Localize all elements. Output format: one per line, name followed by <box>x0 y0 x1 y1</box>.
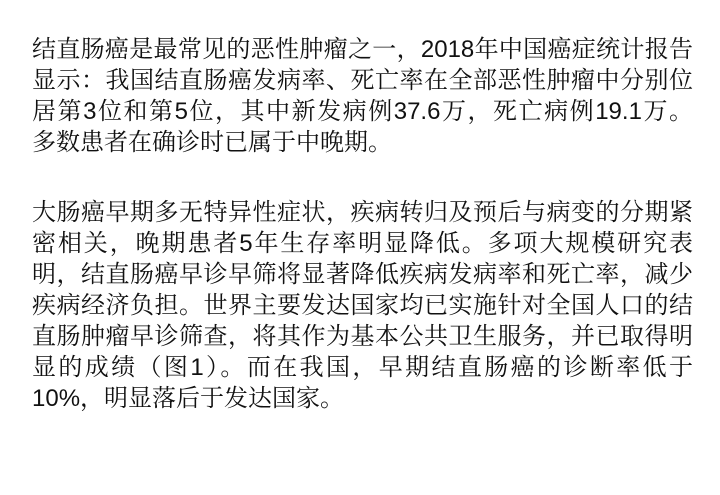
text-line: 10%，明显落后于发达国家。 <box>32 383 693 414</box>
text-line: 大肠癌早期多无特异性症状，疾病转归及预后与病变的分期紧 <box>32 197 693 228</box>
text-line: 居第3位和第5位，其中新发病例37.6万，死亡病例19.1万。 <box>32 96 693 127</box>
text-line: 密相关，晚期患者5年生存率明显降低。多项大规模研究表 <box>32 228 693 259</box>
article-page: 结直肠癌是最常见的恶性肿瘤之一，2018年中国癌症统计报告显示：我国结直肠癌发病… <box>0 0 720 495</box>
text-line: 结直肠癌是最常见的恶性肿瘤之一，2018年中国癌症统计报告 <box>32 34 693 65</box>
text-line: 显的成绩（图1）。而在我国，早期结直肠癌的诊断率低于 <box>32 352 693 383</box>
paragraph-intro-statistics: 结直肠癌是最常见的恶性肿瘤之一，2018年中国癌症统计报告显示：我国结直肠癌发病… <box>32 34 693 158</box>
text-line: 显示：我国结直肠癌发病率、死亡率在全部恶性肿瘤中分别位 <box>32 65 693 96</box>
text-line: 直肠肿瘤早诊筛查，将其作为基本公共卫生服务，并已取得明 <box>32 321 693 352</box>
paragraph-screening-benefits: 大肠癌早期多无特异性症状，疾病转归及预后与病变的分期紧密相关，晚期患者5年生存率… <box>32 197 693 414</box>
text-line: 明，结直肠癌早诊早筛将显著降低疾病发病率和死亡率，减少 <box>32 259 693 290</box>
text-line: 多数患者在确诊时已属于中晚期。 <box>32 127 693 158</box>
text-line: 疾病经济负担。世界主要发达国家均已实施针对全国人口的结 <box>32 290 693 321</box>
